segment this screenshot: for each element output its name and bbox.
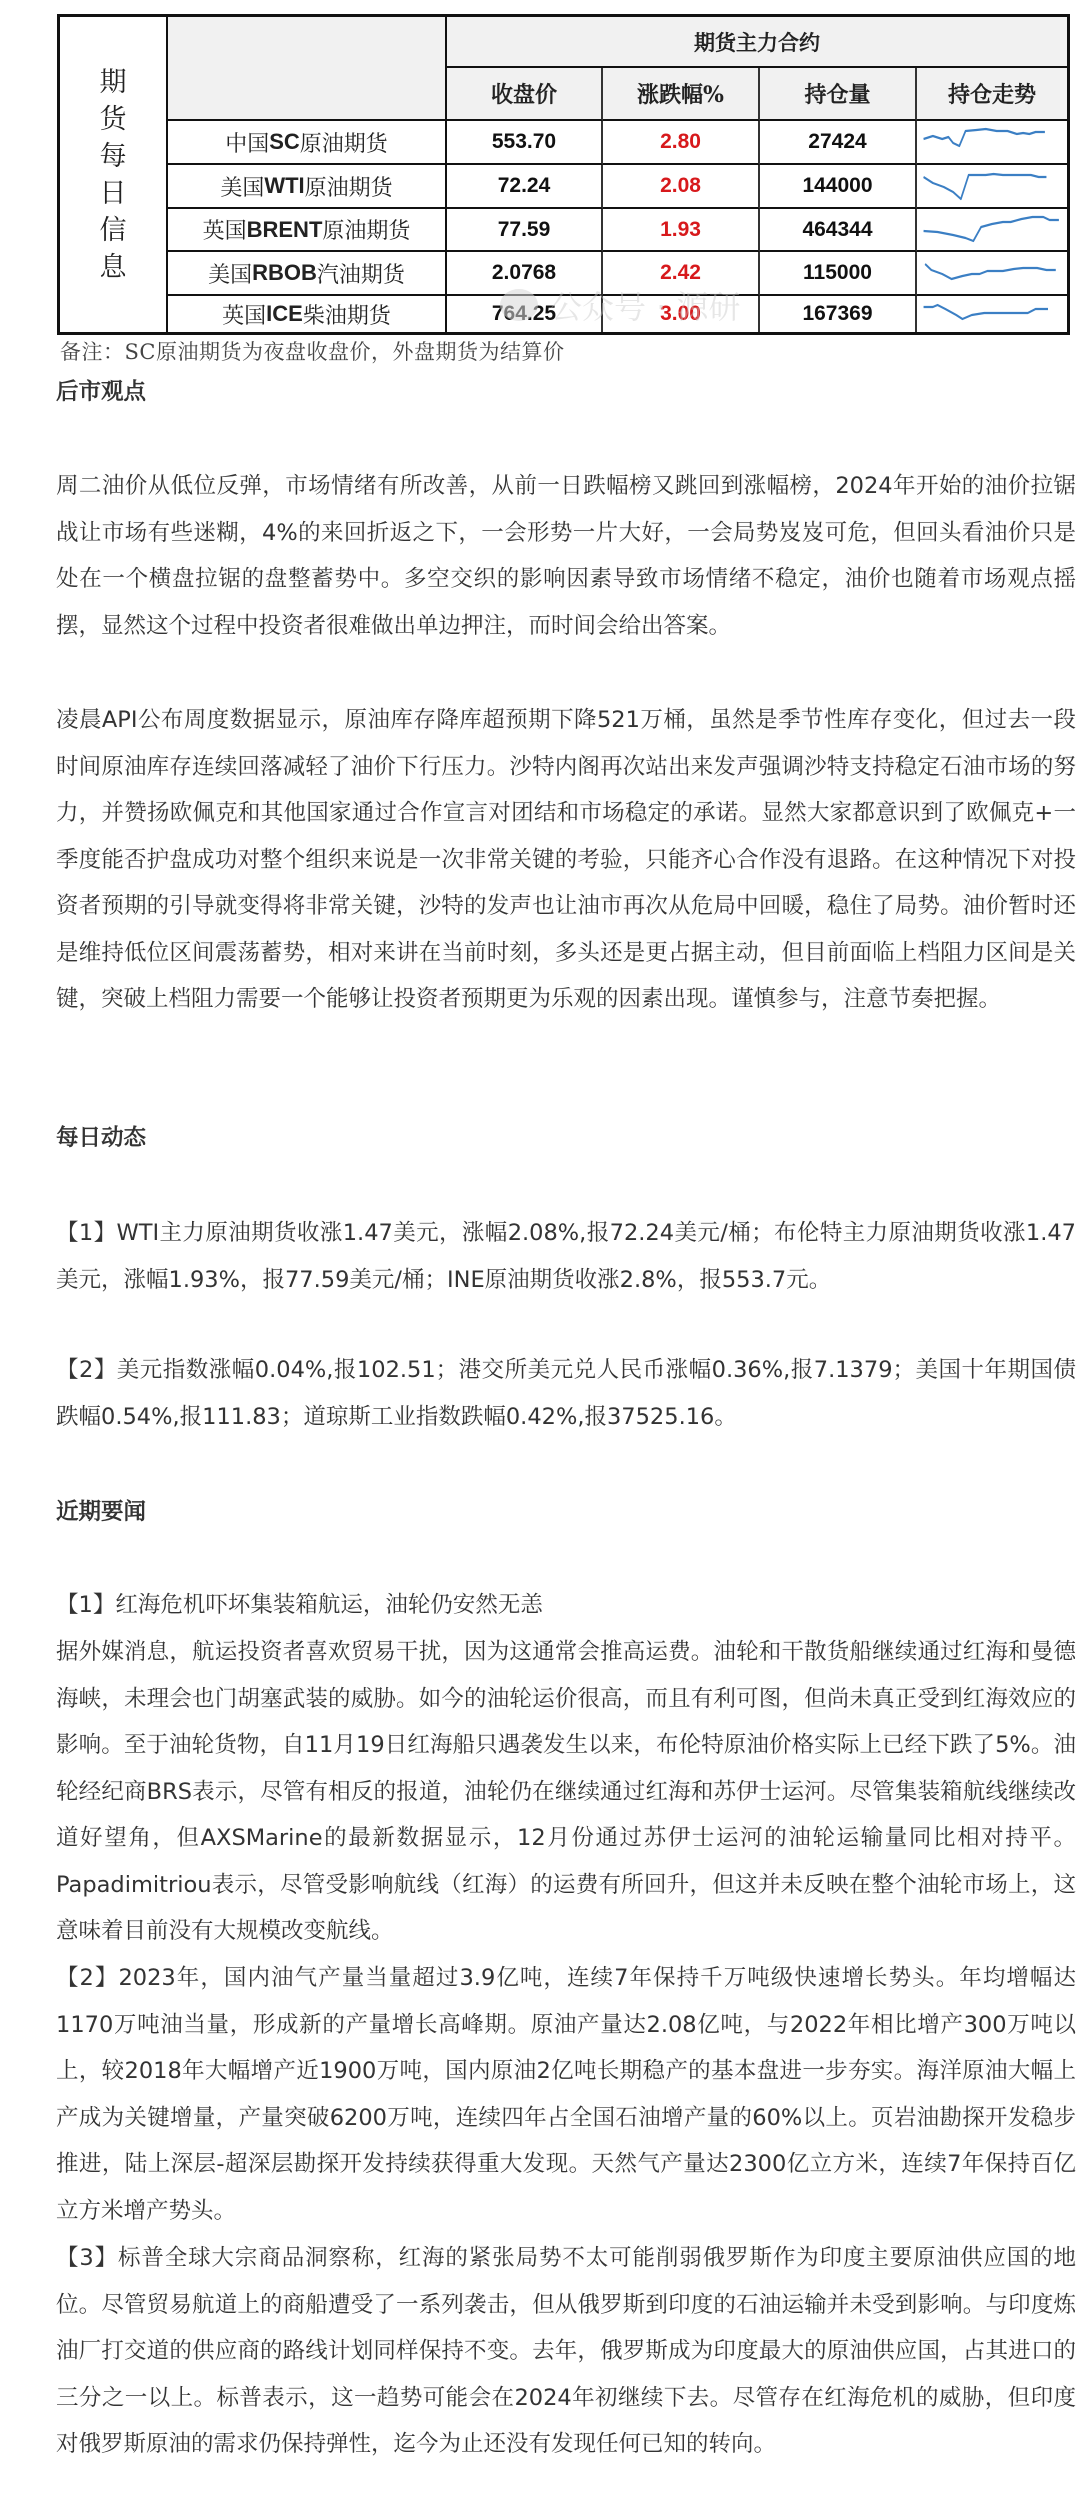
contract-region: 英国 xyxy=(203,214,247,245)
open-interest-sparkline xyxy=(917,165,1067,209)
contract-name-cell: 英国BRENT原油期货 xyxy=(168,209,447,252)
open-interest-cell: 27424 xyxy=(760,121,917,165)
close-price-cell: 764.25 xyxy=(447,296,603,332)
close-price-cell: 553.70 xyxy=(447,121,603,165)
open-interest-cell: 144000 xyxy=(760,165,917,209)
change-pct-cell: 1.93 xyxy=(603,209,760,252)
contract-code: RBOB xyxy=(252,260,317,286)
side-label-char: 息 xyxy=(100,249,127,286)
section-heading-news: 近期要闻 xyxy=(56,1497,146,1527)
daily-item-1: 【1】WTI主力原油期货收涨1.47美元，涨幅2.08%,报72.24美元/桶；… xyxy=(56,1210,1076,1303)
contract-code: BRENT xyxy=(247,217,323,243)
close-price-cell: 77.59 xyxy=(447,209,603,252)
open-interest-sparkline xyxy=(917,209,1067,252)
change-pct-cell: 3.00 xyxy=(603,296,760,332)
futures-daily-table: 期 货 每 日 信 息 期货主力合约 收盘价 涨跌幅% 持仓量 持仓走势 中国S… xyxy=(57,14,1070,335)
close-price-cell: 72.24 xyxy=(447,165,603,209)
contract-region: 美国 xyxy=(220,171,264,202)
side-label-char: 日 xyxy=(100,175,127,212)
contract-code: SC xyxy=(269,129,300,155)
section-heading-daily: 每日动态 xyxy=(56,1123,146,1153)
contract-code: ICE xyxy=(266,301,303,327)
contract-type: 原油期货 xyxy=(300,127,388,158)
close-price-cell: 2.0768 xyxy=(447,252,603,296)
section-heading-outlook: 后市观点 xyxy=(56,377,146,407)
contract-name-cell: 美国RBOB汽油期货 xyxy=(168,252,447,296)
column-header-change: 涨跌幅% xyxy=(603,68,760,121)
news-item-2: 【2】2023年，国内油气产量当量超过3.9亿吨，连续7年保持千万吨级快速增长势… xyxy=(56,1955,1076,2234)
contract-type: 汽油期货 xyxy=(317,258,405,289)
contract-type: 原油期货 xyxy=(305,171,393,202)
contract-code: WTI xyxy=(264,173,304,199)
contract-region: 英国 xyxy=(222,299,266,330)
contract-type: 原油期货 xyxy=(322,214,410,245)
side-label-char: 货 xyxy=(100,101,127,138)
news-item-1-body: 据外媒消息，航运投资者喜欢贸易干扰，因为这通常会推高运费。油轮和干散货船继续通过… xyxy=(56,1629,1076,1955)
contract-name-cell: 英国ICE柴油期货 xyxy=(168,296,447,332)
contract-type: 柴油期货 xyxy=(303,299,391,330)
change-pct-cell: 2.42 xyxy=(603,252,760,296)
outlook-paragraph-2: 凌晨API公布周度数据显示，原油库存降库超预期下降521万桶，虽然是季节性库存变… xyxy=(56,697,1076,1023)
contract-name-cell: 美国WTI原油期货 xyxy=(168,165,447,209)
column-header-trend: 持仓走势 xyxy=(917,68,1067,121)
open-interest-sparkline xyxy=(917,296,1067,332)
open-interest-sparkline xyxy=(917,252,1067,296)
contract-name-cell: 中国SC原油期货 xyxy=(168,121,447,165)
table-group-header: 期货主力合约 xyxy=(447,17,1067,68)
sparkline-chart-icon xyxy=(922,256,1062,290)
change-pct-cell: 2.80 xyxy=(603,121,760,165)
contract-region: 美国 xyxy=(208,258,252,289)
outlook-paragraph-1: 周二油价从低位反弹，市场情绪有所改善，从前一日跌幅榜又跳回到涨幅榜，2024年开… xyxy=(56,463,1076,649)
sparkline-chart-icon xyxy=(922,169,1062,203)
change-pct-cell: 2.08 xyxy=(603,165,760,209)
table-note: 备注：SC原油期货为夜盘收盘价，外盘期货为结算价 xyxy=(60,336,564,366)
contract-region: 中国 xyxy=(225,127,269,158)
table-side-label: 期 货 每 日 信 息 xyxy=(60,17,168,332)
daily-item-2: 【2】美元指数涨幅0.04%,报102.51；港交所美元兑人民币涨幅0.36%,… xyxy=(56,1347,1076,1440)
news-item-1-title: 【1】红海危机吓坏集装箱航运，油轮仍安然无恙 xyxy=(56,1590,543,1620)
sparkline-chart-icon xyxy=(922,297,1062,331)
column-header-close: 收盘价 xyxy=(447,68,603,121)
open-interest-cell: 167369 xyxy=(760,296,917,332)
open-interest-cell: 115000 xyxy=(760,252,917,296)
side-label-char: 信 xyxy=(100,212,127,249)
table-header-blank xyxy=(168,17,447,121)
news-item-3: 【3】标普全球大宗商品洞察称，红海的紧张局势不太可能削弱俄罗斯作为印度主要原油供… xyxy=(56,2235,1076,2468)
open-interest-sparkline xyxy=(917,121,1067,165)
side-label-char: 期 xyxy=(100,64,127,101)
sparkline-chart-icon xyxy=(922,213,1062,247)
sparkline-chart-icon xyxy=(922,125,1062,159)
column-header-open-interest: 持仓量 xyxy=(760,68,917,121)
side-label-char: 每 xyxy=(100,138,127,175)
open-interest-cell: 464344 xyxy=(760,209,917,252)
